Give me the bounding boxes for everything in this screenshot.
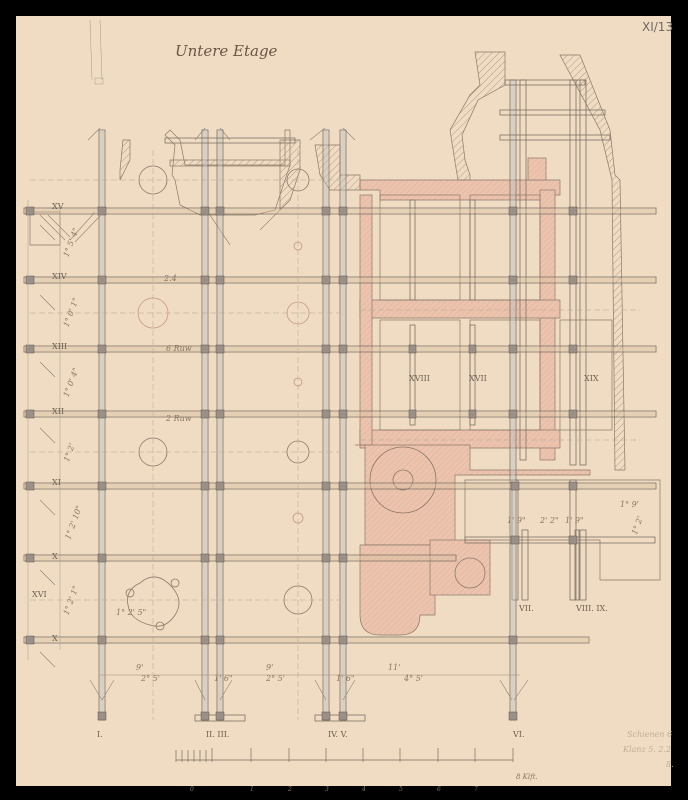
- dimension-round-room: 1° 2' 5": [116, 608, 146, 617]
- row-label-XIV: XIV: [52, 272, 67, 281]
- dimension-right-3: 2' 2": [540, 516, 559, 525]
- sheet-number: XI/13: [642, 20, 673, 34]
- scale-tick-1: 1: [250, 786, 254, 793]
- dimension-small-1: 9': [136, 663, 143, 672]
- dimension-right-2: 1' 9": [565, 516, 584, 525]
- margin-note-2: Klanz 5. 2.2: [623, 745, 671, 754]
- room-label-XVIII: XVIII: [409, 374, 430, 383]
- column-label-VIII-IX: VIII. IX.: [576, 604, 608, 613]
- dimension-right-4: 1° 9': [620, 500, 639, 509]
- dimension-right-1: 1' 9": [507, 516, 526, 525]
- architectural-plan: [16, 16, 671, 786]
- row-label-XIII: XIII: [52, 342, 67, 351]
- row-label-XV: XV: [52, 202, 63, 211]
- dimension-bottom-1: 2° 5': [141, 674, 160, 683]
- margin-note-1: Schienen 6: [627, 730, 672, 739]
- scale-tick-3: 3: [325, 786, 329, 793]
- row-label-X-lower: X: [52, 634, 58, 643]
- column-label-VII: VII.: [519, 604, 534, 613]
- drawing-title: Untere Etage: [175, 42, 277, 60]
- scale-tick-0: 0: [190, 786, 194, 793]
- row-label-XII: XII: [52, 407, 64, 416]
- scale-tick-4: 4: [362, 786, 366, 793]
- column-label-II-III: II. III.: [206, 730, 229, 739]
- dimension-small-3: 11': [388, 663, 400, 672]
- column-label-IV-V: IV. V.: [328, 730, 348, 739]
- dimension-small-4: 2.4: [164, 274, 177, 283]
- scale-unit-label: 8 Klft.: [516, 773, 538, 781]
- scale-tick-7: 7: [474, 786, 478, 793]
- room-label-XIX: XIX: [584, 374, 599, 383]
- scale-tick-2: 2: [288, 786, 292, 793]
- row-label-X: X: [52, 552, 58, 561]
- room-label-XVII: XVII: [469, 374, 487, 383]
- row-label-XVI: XVI: [32, 590, 47, 599]
- dimension-bottom-3: 2° 5': [266, 674, 285, 683]
- margin-note-3: 8.: [666, 760, 674, 769]
- scale-tick-5: 5: [399, 786, 403, 793]
- scale-tick-6: 6: [437, 786, 441, 793]
- row-label-XI: XI: [52, 478, 61, 487]
- column-label-I: I.: [97, 730, 103, 739]
- dimension-small-6: 2 Ruw: [166, 414, 192, 423]
- column-label-VI: VI.: [513, 730, 524, 739]
- dimension-bottom-4: 1' 6": [336, 674, 355, 683]
- dimension-bottom-2: 1' 6": [214, 674, 233, 683]
- dimension-small-2: 9': [266, 663, 273, 672]
- drawing-sheet: Untere Etage XI/13 I. II. III. IV. V. VI…: [16, 16, 671, 786]
- dimension-small-5: 6 Ruw: [166, 344, 192, 353]
- dimension-bottom-5: 4° 5': [404, 674, 423, 683]
